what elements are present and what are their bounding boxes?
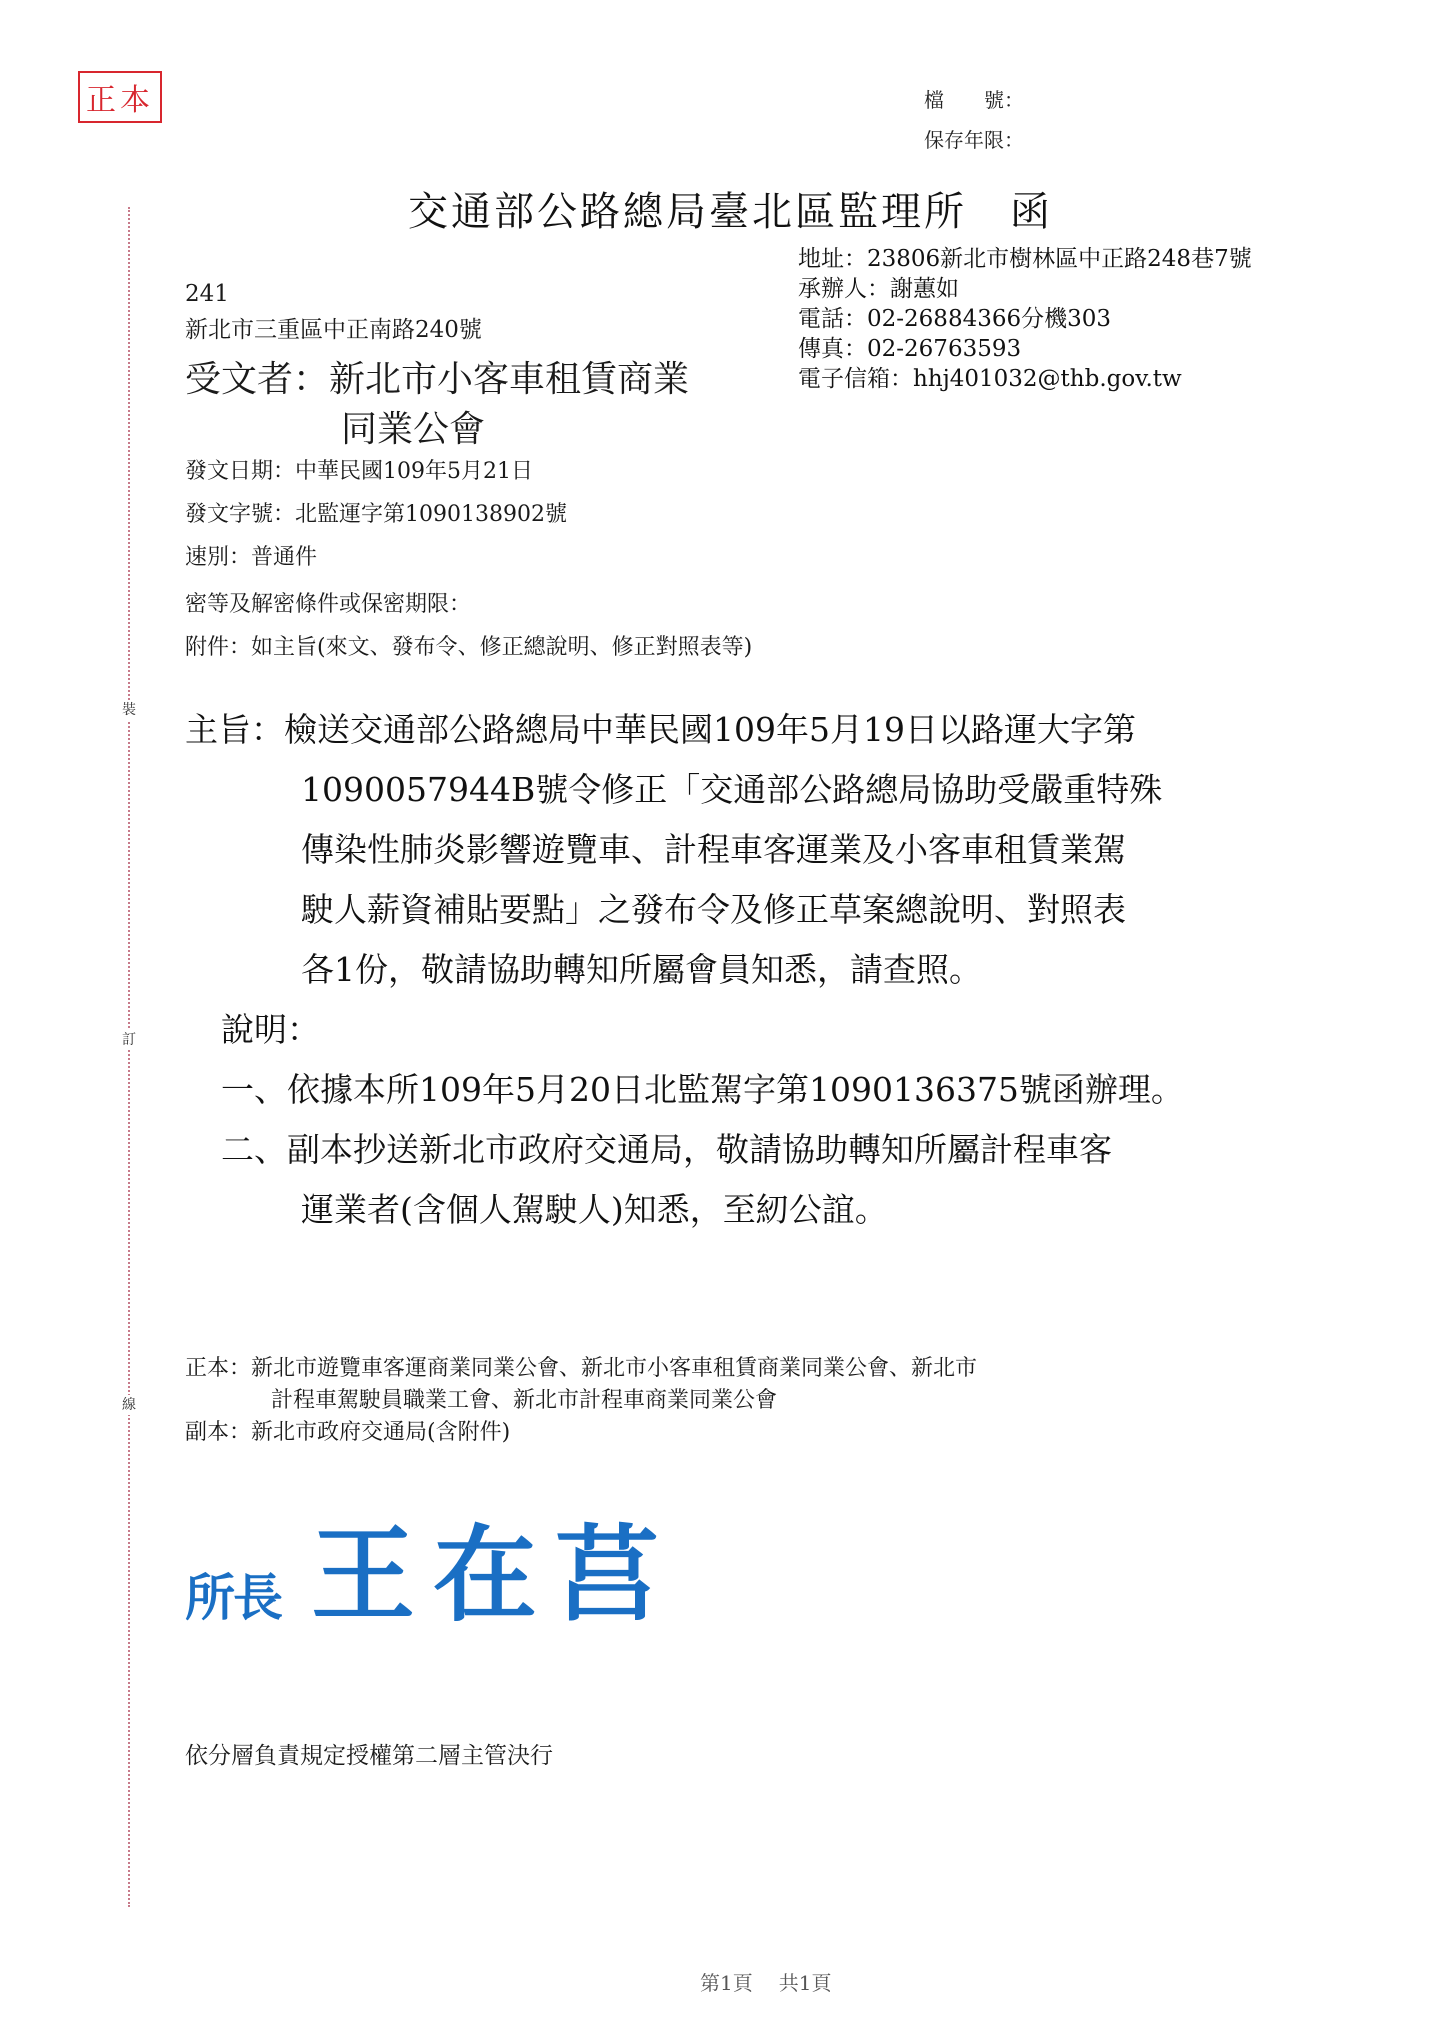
binding-char-zhuang: 裝: [117, 700, 141, 720]
postal-code: 241: [185, 276, 482, 312]
attachments: 附件：如主旨(來文、發布令、修正總說明、修正對照表等): [185, 626, 752, 669]
subject-line-3: 傳染性肺炎影響遊覽車、計程車客運業及小客車租賃業駕: [185, 820, 1184, 880]
classification: 密等及解密條件或保密期限：: [185, 583, 752, 626]
issue-date: 發文日期：中華民國109年5月21日: [185, 450, 752, 493]
recipient-street-address: 新北市三重區中正南路240號: [185, 312, 482, 348]
sender-fax: 傳真：02-26763593: [798, 334, 1252, 364]
signature-stamp: 所長 王在莒: [185, 1520, 677, 1630]
sender-phone: 電話：02-26884366分機303: [798, 304, 1252, 334]
recipient-line-1: 受文者：新北市小客車租賃商業: [185, 355, 689, 405]
sender-handler: 承辦人：謝蕙如: [798, 274, 1252, 304]
explanation-item-2-line-1: 二、副本抄送新北市政府交通局，敬請協助轉知所屬計程車客: [185, 1120, 1184, 1180]
explanation-heading: 說明：: [185, 1000, 1184, 1060]
original-recipients-line-2: 計程車駕駛員職業工會、新北市計程車商業同業公會: [185, 1385, 977, 1417]
recipient-postal-block: 241 新北市三重區中正南路240號: [185, 276, 482, 348]
distribution-block: 正本：新北市遊覽車客運商業同業公會、新北市小客車租賃商業同業公會、新北市 計程車…: [185, 1353, 977, 1449]
subject-line-1: 主旨：檢送交通部公路總局中華民國109年5月19日以路運大字第: [185, 700, 1184, 760]
header-fields: 發文日期：中華民國109年5月21日 發文字號：北監運字第1090138902號…: [185, 450, 752, 669]
original-recipients-line-1: 正本：新北市遊覽車客運商業同業公會、新北市小客車租賃商業同業公會、新北市: [185, 1353, 977, 1385]
document-title: 交通部公路總局臺北區監理所 函: [408, 180, 1053, 237]
signature-title: 所長: [185, 1558, 281, 1630]
document-number: 發文字號：北監運字第1090138902號: [185, 493, 752, 536]
recipient-block: 受文者：新北市小客車租賃商業 同業公會: [185, 355, 689, 455]
original-copy-stamp: 正本: [78, 71, 162, 123]
stamp-label: 正本: [86, 75, 154, 119]
delivery-speed: 速別：普通件: [185, 536, 752, 579]
copy-recipients: 副本：新北市政府交通局(含附件): [185, 1417, 977, 1449]
sender-address: 地址：23806新北市樹林區中正路248巷7號: [798, 244, 1252, 274]
signature-name: 王在莒: [311, 1520, 677, 1630]
file-number-label: 檔 號：: [924, 84, 1024, 113]
binding-char-ding: 訂: [117, 1030, 141, 1050]
subject-line-5: 各1份，敬請協助轉知所屬會員知悉，請查照。: [185, 940, 1184, 1000]
sender-email: 電子信箱：hhj401032@thb.gov.tw: [798, 364, 1252, 394]
subject-line-4: 駛人薪資補貼要點」之發布令及修正草案總說明、對照表: [185, 880, 1184, 940]
subject-line-2: 1090057944B號令修正「交通部公路總局協助受嚴重特殊: [185, 760, 1184, 820]
authority-note: 依分層負責規定授權第二層主管決行: [185, 1737, 553, 1770]
sender-contact-block: 地址：23806新北市樹林區中正路248巷7號 承辦人：謝蕙如 電話：02-26…: [798, 244, 1252, 394]
retention-period-label: 保存年限：: [924, 124, 1024, 153]
explanation-item-2-line-2: 運業者(含個人駕駛人)知悉，至紉公誼。: [185, 1180, 1184, 1240]
letter-body: 主旨：檢送交通部公路總局中華民國109年5月19日以路運大字第 10900579…: [185, 700, 1184, 1240]
current-page: 第1頁: [700, 1971, 753, 1995]
total-pages: 共1頁: [779, 1971, 832, 1995]
binding-margin-line: [128, 207, 130, 1907]
explanation-item-1: 一、依據本所109年5月20日北監駕字第1090136375號函辦理。: [185, 1060, 1184, 1120]
binding-char-xian: 線: [117, 1395, 141, 1415]
page-indicator: 第1頁共1頁: [700, 1967, 831, 1996]
recipient-line-2: 同業公會: [185, 405, 689, 455]
